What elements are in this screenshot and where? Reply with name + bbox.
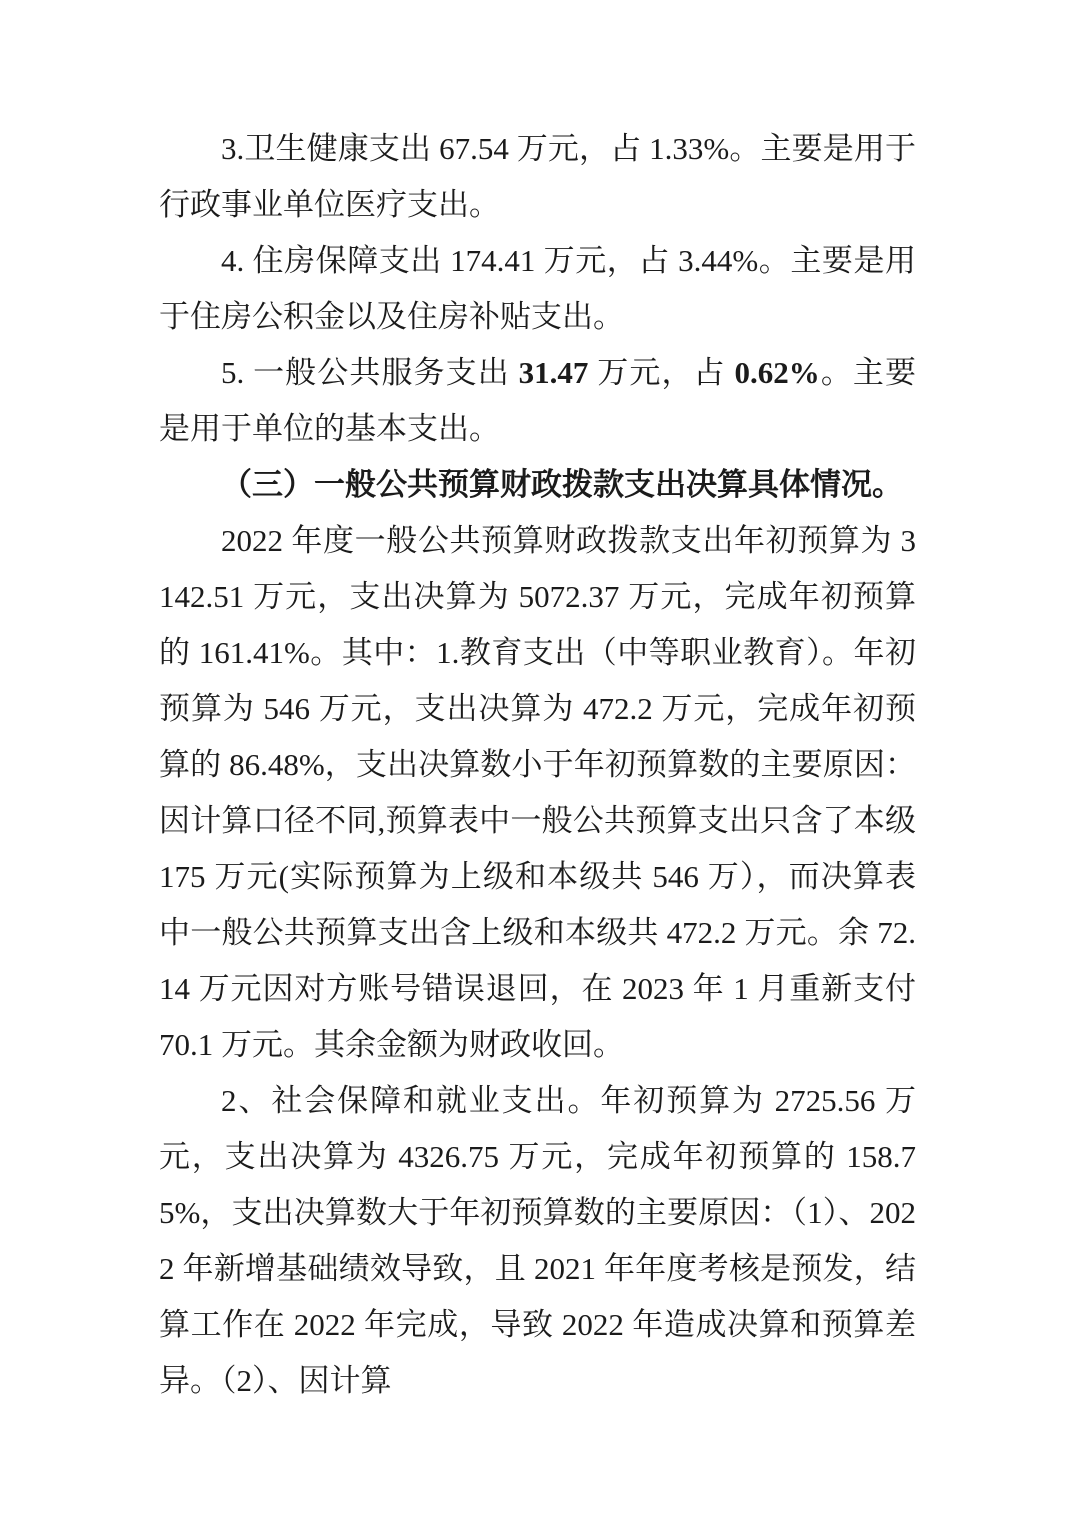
- text-run: 2、社会保障和就业支出。年初预算为 2725.56 万元，支出决算为 4326.…: [159, 1083, 916, 1398]
- paragraph-item-3-health: 3.卫生健康支出 67.54 万元，占 1.33%。主要是用于行政事业单位医疗支…: [159, 121, 916, 233]
- paragraph-item-4-housing: 4. 住房保障支出 174.41 万元，占 3.44%。主要是用于住房公积金以及…: [159, 233, 916, 345]
- text-run: 4. 住房保障支出 174.41 万元，占 3.44%。主要是用于住房公积金以及…: [159, 243, 916, 334]
- text-run: 0.62%: [734, 355, 819, 390]
- text-run: （三）一般公共预算财政拨款支出决算具体情况。: [221, 467, 903, 502]
- section-heading: （三）一般公共预算财政拨款支出决算具体情况。: [159, 457, 916, 513]
- paragraph-social-security: 2、社会保障和就业支出。年初预算为 2725.56 万元，支出决算为 4326.…: [159, 1073, 916, 1409]
- text-run: 2022 年度一般公共预算财政拨款支出年初预算为 3142.51 万元，支出决算…: [159, 523, 916, 1062]
- paragraph-budget-overview: 2022 年度一般公共预算财政拨款支出年初预算为 3142.51 万元，支出决算…: [159, 513, 916, 1073]
- text-run: 3.卫生健康支出 67.54 万元，占 1.33%。主要是用于行政事业单位医疗支…: [159, 131, 916, 222]
- document-content: 3.卫生健康支出 67.54 万元，占 1.33%。主要是用于行政事业单位医疗支…: [159, 121, 916, 1409]
- paragraph-item-5-general-public-service: 5. 一般公共服务支出 31.47 万元，占 0.62%。主要是用于单位的基本支…: [159, 345, 916, 457]
- text-run: 31.47: [519, 355, 589, 390]
- text-run: 万元，占: [588, 355, 734, 390]
- text-run: 5. 一般公共服务支出: [221, 355, 519, 390]
- document-page: 3.卫生健康支出 67.54 万元，占 1.33%。主要是用于行政事业单位医疗支…: [0, 0, 1074, 1520]
